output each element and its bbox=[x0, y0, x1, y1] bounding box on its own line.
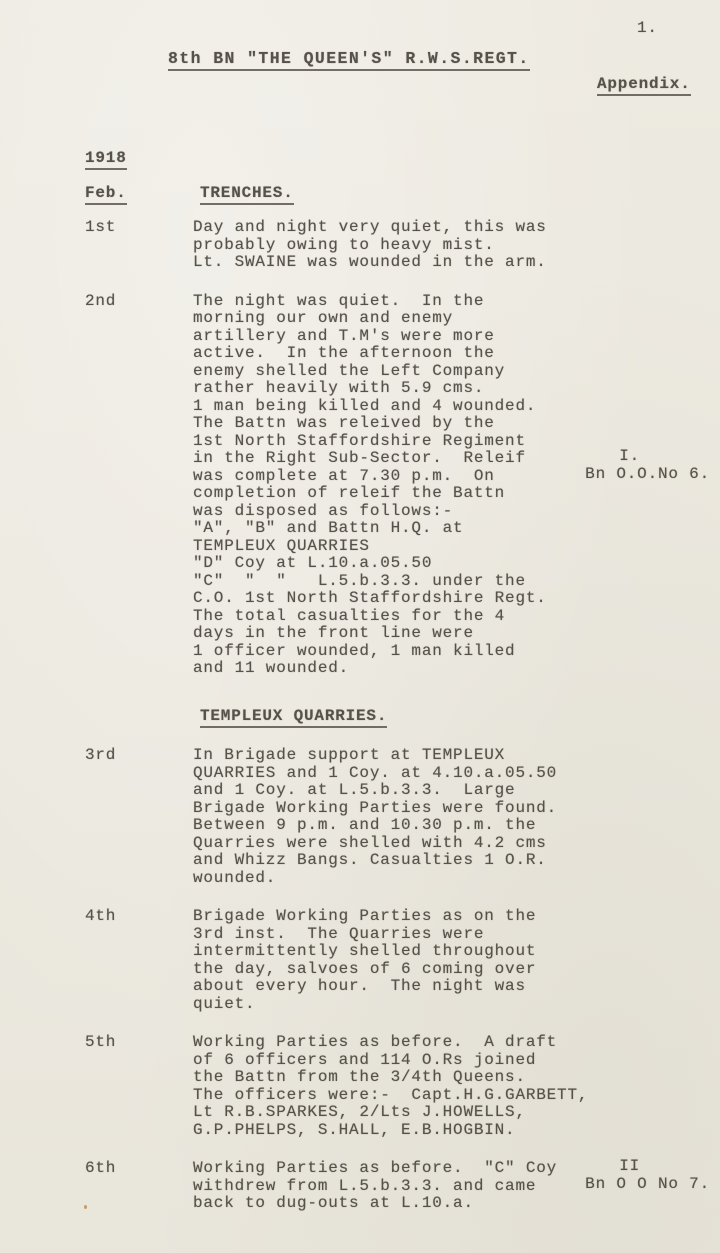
diary-entry: 5thWorking Parties as before. A draftof … bbox=[85, 1034, 720, 1139]
entry-date: 3rd bbox=[85, 747, 193, 887]
entry-line: In Brigade support at TEMPLEUX bbox=[193, 747, 593, 765]
entry-line: and 1 Coy. at L.5.b.3.3. Large bbox=[193, 782, 593, 800]
entry-line: Working Parties as before. A draft bbox=[193, 1034, 593, 1052]
margin-note-line: II bbox=[515, 1158, 640, 1176]
diary-entry: 6thWorking Parties as before. "C" Coywit… bbox=[85, 1160, 720, 1213]
diary-body: 1918 Feb. TRENCHES. 1stDay and night ver… bbox=[0, 150, 720, 1234]
document-title: 8th BN "THE QUEEN'S" R.W.S.REGT. bbox=[168, 50, 530, 68]
entry-line: The night was quiet. In the bbox=[193, 293, 593, 311]
entry-line: QUARRIES and 1 Coy. at 4.10.a.05.50 bbox=[193, 765, 593, 783]
entry-line: rather heavily with 5.9 cms. bbox=[193, 380, 593, 398]
entry-line: TEMPLEUX QUARRIES bbox=[193, 538, 593, 556]
diary-entry: 2ndThe night was quiet. In themorning ou… bbox=[85, 293, 720, 678]
page-number: 1. bbox=[637, 20, 658, 38]
entry-line: was disposed as follows:- bbox=[193, 503, 593, 521]
entry-line: Brigade Working Parties were found. bbox=[193, 800, 593, 818]
entry-line: wounded. bbox=[193, 870, 593, 888]
entry-line: active. In the afternoon the bbox=[193, 345, 593, 363]
entry-text: The night was quiet. In themorning our o… bbox=[193, 293, 593, 678]
margin-note: IIBn O O No 7. bbox=[515, 1158, 710, 1193]
entry-line: "A", "B" and Battn H.Q. at bbox=[193, 520, 593, 538]
month-text: Feb. bbox=[85, 184, 127, 205]
section-heading-trenches-text: TRENCHES. bbox=[200, 184, 294, 205]
entry-line: 1 man being killed and 4 wounded. bbox=[193, 398, 593, 416]
diary-entries: 1stDay and night very quiet, this waspro… bbox=[0, 219, 720, 1213]
entry-line: Quarries were shelled with 4.2 cms bbox=[193, 835, 593, 853]
scanned-diary-page: 1. 8th BN "THE QUEEN'S" R.W.S.REGT. Appe… bbox=[0, 0, 720, 1253]
entry-line: "D" Coy at L.10.a.05.50 bbox=[193, 555, 593, 573]
entry-line: The total casualties for the 4 bbox=[193, 608, 593, 626]
appendix-label: Appendix. bbox=[597, 76, 691, 94]
diary-entry: 1stDay and night very quiet, this waspro… bbox=[85, 219, 720, 272]
entry-line: and Whizz Bangs. Casualties 1 O.R. bbox=[193, 852, 593, 870]
paper-speckle bbox=[84, 1205, 87, 1209]
entry-date: 2nd bbox=[85, 293, 193, 678]
margin-note-line: Bn O O No 7. bbox=[515, 1176, 710, 1194]
entry-line: C.O. 1st North Staffordshire Regt. bbox=[193, 590, 593, 608]
entry-line: the Battn from the 3/4th Queens. bbox=[193, 1069, 593, 1087]
entry-line: 3rd inst. The Quarries were bbox=[193, 926, 593, 944]
entry-line: The officers were:- Capt.H.G.GARBETT, bbox=[193, 1087, 593, 1105]
entry-text: Day and night very quiet, this wasprobab… bbox=[193, 219, 593, 272]
entry-line: and 11 wounded. bbox=[193, 660, 593, 678]
entry-line: days in the front line were bbox=[193, 625, 593, 643]
entry-line: back to dug-outs at L.10.a. bbox=[193, 1195, 593, 1213]
diary-entry: 4thBrigade Working Parties as on the3rd … bbox=[85, 908, 720, 1013]
entry-date: 1st bbox=[85, 219, 193, 272]
margin-note-line: I. bbox=[515, 448, 640, 466]
entry-line: Brigade Working Parties as on the bbox=[193, 908, 593, 926]
entry-line: completion of releif the Battn bbox=[193, 485, 593, 503]
year-heading: 1918 bbox=[85, 150, 720, 168]
entry-line: of 6 officers and 114 O.Rs joined bbox=[193, 1052, 593, 1070]
entry-line: 1 officer wounded, 1 man killed bbox=[193, 643, 593, 661]
entry-line: artillery and T.M's were more bbox=[193, 328, 593, 346]
entry-line: Lt R.B.SPARKES, 2/Lts J.HOWELLS, bbox=[193, 1104, 593, 1122]
section-heading-trenches: TRENCHES. bbox=[193, 185, 294, 203]
margin-note-line: Bn O.O.No 6. bbox=[515, 466, 710, 484]
entry-line: the day, salvoes of 6 coming over bbox=[193, 961, 593, 979]
margin-note: I.Bn O.O.No 6. bbox=[515, 448, 710, 483]
appendix-text: Appendix. bbox=[597, 75, 691, 96]
entry-line: "C" " " L.5.b.3.3. under the bbox=[193, 573, 593, 591]
section-heading-templeux-text: TEMPLEUX QUARRIES. bbox=[200, 707, 387, 728]
document-title-text: 8th BN "THE QUEEN'S" R.W.S.REGT. bbox=[168, 49, 530, 71]
entry-date: 5th bbox=[85, 1034, 193, 1139]
entry-line: quiet. bbox=[193, 996, 593, 1014]
entry-line: Between 9 p.m. and 10.30 p.m. the bbox=[193, 817, 593, 835]
entry-text: Brigade Working Parties as on the3rd ins… bbox=[193, 908, 593, 1013]
month-row: Feb. TRENCHES. bbox=[85, 185, 720, 203]
entry-line: The Battn was releived by the bbox=[193, 415, 593, 433]
entry-text: Working Parties as before. A draftof 6 o… bbox=[193, 1034, 593, 1139]
entry-line: intermittently shelled throughout bbox=[193, 943, 593, 961]
entry-text: In Brigade support at TEMPLEUXQUARRIES a… bbox=[193, 747, 593, 887]
entry-date: 4th bbox=[85, 908, 193, 1013]
entry-line: morning our own and enemy bbox=[193, 310, 593, 328]
entry-date: 6th bbox=[85, 1160, 193, 1213]
year-text: 1918 bbox=[85, 149, 127, 170]
entry-line: probably owing to heavy mist. bbox=[193, 237, 593, 255]
entry-line: G.P.PHELPS, S.HALL, E.B.HOGBIN. bbox=[193, 1122, 593, 1140]
entry-line: Day and night very quiet, this was bbox=[193, 219, 593, 237]
entry-line: about every hour. The night was bbox=[193, 978, 593, 996]
month-heading: Feb. bbox=[85, 185, 193, 203]
entry-line: enemy shelled the Left Company bbox=[193, 363, 593, 381]
diary-entry: 3rdIn Brigade support at TEMPLEUXQUARRIE… bbox=[85, 747, 720, 887]
entry-line: Lt. SWAINE was wounded in the arm. bbox=[193, 254, 593, 272]
section-heading-templeux: TEMPLEUX QUARRIES. bbox=[200, 708, 720, 726]
